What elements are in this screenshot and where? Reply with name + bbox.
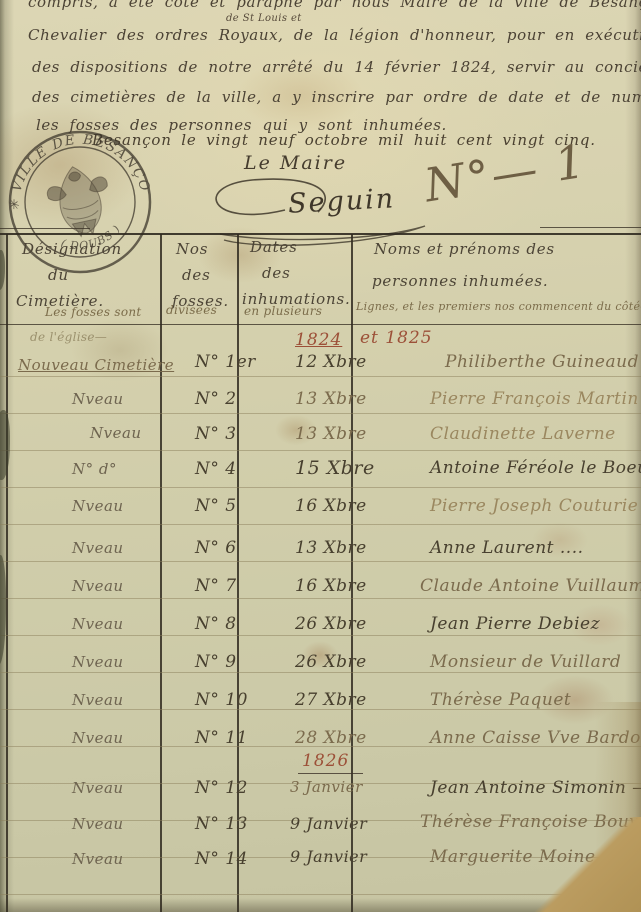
header-date: Dates <box>250 238 298 256</box>
year-heading-1825: et 1825 <box>360 328 433 348</box>
cell-date: 9 Janvier <box>290 847 367 866</box>
cell-date: 12 Xbre <box>295 352 367 372</box>
cell-fosse: N° 4 <box>195 459 237 479</box>
cell-name: Thérèse Paquet <box>430 690 571 710</box>
table-top-border-segment <box>0 228 90 229</box>
intro-line: compris, a été coté et paraphé par nous … <box>28 0 641 11</box>
cell-name: Claudinette Laverne <box>430 424 616 444</box>
column-divider <box>351 234 353 912</box>
header-date: des <box>262 264 291 282</box>
cell-fosse: N° 6 <box>195 538 237 558</box>
cell-date: 13 Xbre <box>295 389 367 409</box>
margin-note-line2: de l'église— <box>30 330 107 344</box>
cell-name: Monsieur de Vuillard <box>430 652 621 672</box>
cell-name: Pierre François Martin <box>430 389 639 409</box>
cell-fosse: N° 9 <box>195 652 237 672</box>
mayor-signature: Seguin <box>287 183 396 220</box>
margin-note: Lignes, et les premiers nos commencent d… <box>356 300 641 313</box>
cell-fosse: N° 12 <box>195 778 248 798</box>
cell-cemetery: Nveau <box>72 390 124 408</box>
cell-fosse: N° 3 <box>195 424 237 444</box>
margin-note: en plusieurs <box>244 304 322 318</box>
cell-fosse: N° 8 <box>195 614 237 634</box>
header-bottom-border <box>0 324 641 325</box>
city-seal-eagle-icon <box>43 160 117 241</box>
table-top-border <box>0 233 641 235</box>
cell-cemetery: Nveau <box>72 653 124 671</box>
cell-date: 3 Janvier <box>290 778 363 796</box>
year-divider-1826: 1826 <box>298 751 363 774</box>
cell-name: Claude Antoine Vuillaume <box>420 576 641 596</box>
cell-name: Anne Laurent .... <box>430 538 584 558</box>
cell-fosse: N° 1er <box>195 352 256 372</box>
column-divider <box>237 234 239 912</box>
cell-date: 28 Xbre <box>295 728 367 748</box>
cell-fosse: N° 13 <box>195 814 248 834</box>
table-border-left <box>6 234 8 912</box>
torn-edge-artifact <box>0 250 5 290</box>
cell-cemetery: N° d° <box>72 460 117 478</box>
cell-name: Philiberthe Guineaud <box>445 352 639 372</box>
cell-date: 16 Xbre <box>295 576 367 596</box>
cell-date: 16 Xbre <box>295 496 367 516</box>
cell-name: Pierre Joseph Couturie <box>430 496 638 516</box>
cell-fosse: N° 14 <box>195 849 248 869</box>
cell-date: 13 Xbre <box>295 424 367 444</box>
folded-corner <box>521 817 641 912</box>
cell-cemetery: Nveau <box>72 850 124 868</box>
cell-cemetery: Nveau <box>90 424 142 442</box>
manuscript-page: compris, a été coté et paraphé par nous … <box>0 0 641 912</box>
intro-line: Chevalier des ordres Royaux, de la légio… <box>28 26 641 44</box>
margin-note: Les fosses sont <box>45 305 142 319</box>
header-cemetery: Désignation <box>22 240 122 258</box>
header-names: Noms et prénoms des <box>374 240 555 258</box>
cell-cemetery: Nveau <box>72 779 124 797</box>
cell-date: 26 Xbre <box>295 614 367 634</box>
intro-line: des cimetières de la ville, a y inscrire… <box>32 88 641 106</box>
cell-cemetery: Nveau <box>72 577 124 595</box>
cell-cemetery: Nouveau Cimetière <box>18 356 174 374</box>
cell-name: Antoine Féréole le Boeuf <box>430 458 641 478</box>
header-fosse-number: Nos <box>176 240 208 258</box>
intro-line: des dispositions de notre arrêté du 14 f… <box>32 58 641 76</box>
margin-note: divisées <box>166 303 217 317</box>
cell-cemetery: Nveau <box>72 615 124 633</box>
cell-date: 15 Xbre <box>295 457 375 479</box>
year-heading-1824: 1824 <box>295 330 342 350</box>
cell-fosse: N° 10 <box>195 690 248 710</box>
header-names: personnes inhumées. <box>372 272 548 290</box>
header-cemetery: du <box>48 266 69 284</box>
cell-fosse: N° 2 <box>195 389 237 409</box>
cell-date: 13 Xbre <box>295 538 367 558</box>
cell-date: 9 Janvier <box>290 814 367 833</box>
cell-fosse: N° 7 <box>195 576 237 596</box>
cell-name: Jean Pierre Debiez <box>430 614 600 634</box>
cell-fosse: N° 11 <box>195 728 248 748</box>
torn-edge-artifact <box>0 410 10 480</box>
cell-date: 26 Xbre <box>295 652 367 672</box>
cell-cemetery: Nveau <box>72 691 124 709</box>
cell-date: 27 Xbre <box>295 690 367 710</box>
interline-insertion-note: de St Louis et <box>226 13 302 24</box>
column-divider <box>160 234 162 912</box>
cell-cemetery: Nveau <box>72 729 124 747</box>
cell-cemetery: Nveau <box>72 539 124 557</box>
header-fosse-number: des <box>182 266 211 284</box>
cell-cemetery: Nveau <box>72 815 124 833</box>
cell-cemetery: Nveau <box>72 497 124 515</box>
cell-fosse: N° 5 <box>195 496 237 516</box>
table-top-border-segment <box>540 227 641 228</box>
